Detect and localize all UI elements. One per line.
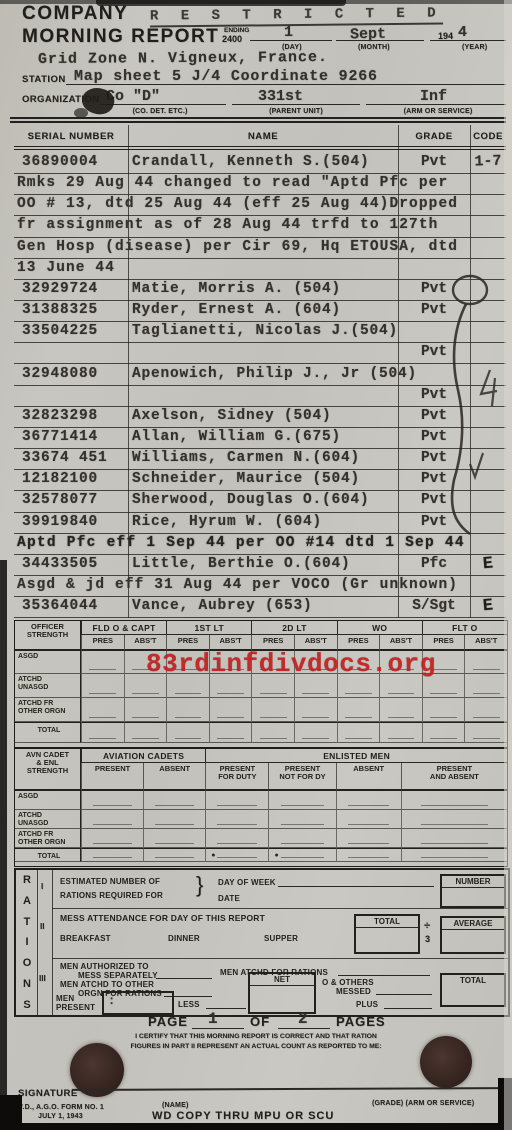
roster-serial: 32948080 xyxy=(22,366,98,382)
average-box-label: AVERAGE xyxy=(442,918,504,930)
rations-divider-1 xyxy=(37,870,38,1015)
roster-remark-text: fr assignment as of 28 Aug 44 trfd to 12… xyxy=(17,217,438,233)
men-present-line1: MEN xyxy=(56,994,74,1003)
rations-hrule-2 xyxy=(52,958,508,959)
men-atchd-for-rations-blank xyxy=(338,975,430,976)
roster-entry-row: 34433505Little, Berthie O.(604)PfcE xyxy=(14,554,506,576)
page-number-blank xyxy=(192,1028,244,1029)
strength-group-header: FLT O xyxy=(422,621,507,635)
roster-name: Williams, Carmen N.(604) xyxy=(132,450,360,466)
mess-separately-blank xyxy=(156,978,212,979)
handwritten-brace-annotation xyxy=(440,268,512,560)
roster-entry-row: 39919840Rice, Hyrum W. (604)Pvt xyxy=(14,512,506,534)
restricted-stamp: R E S T R I C T E D xyxy=(150,5,443,27)
form-title-line1: COMPANY xyxy=(22,3,128,25)
header-rule-1 xyxy=(10,117,506,119)
strength-cell xyxy=(401,829,507,848)
strength-sub-header: PRESENTAND ABSENT xyxy=(401,763,507,791)
strength-cell xyxy=(464,698,507,722)
total-rations-box-label: TOTAL xyxy=(442,975,504,986)
strength-sub-header: PRESENTNOT FOR DY xyxy=(268,763,335,791)
strength-cell xyxy=(205,829,268,848)
strength-cell xyxy=(379,722,422,743)
strength-group-header: FLD O & CAPT xyxy=(81,621,166,635)
strength-cell xyxy=(336,829,401,848)
roster-name: Little, Berthie O.(604) xyxy=(132,556,351,572)
avn-enlisted-strength-table: AVN CADET& ENLSTRENGTHAVIATION CADETSPRE… xyxy=(14,748,508,867)
roster-serial: 32578077 xyxy=(22,492,98,508)
roster-entry-row: 32948080Apenowich, Philip J., Jr (504) xyxy=(14,364,506,386)
location-line: Grid Zone N. Vigneux, France. xyxy=(38,49,328,68)
day-of-week-label: DAY OF WEEK xyxy=(218,878,276,887)
officer-strength-table: OFFICERSTRENGTHFLD O & CAPTPRESABS'T1ST … xyxy=(14,620,508,748)
strength-cell xyxy=(143,810,205,829)
strength-cell xyxy=(268,829,335,848)
number-box: NUMBER xyxy=(440,874,506,908)
rations-vertical-letter: T xyxy=(24,916,31,928)
strength-cell xyxy=(143,848,205,862)
roster-name: Schneider, Maurice (504) xyxy=(132,471,360,487)
roster-serial: 32929724 xyxy=(22,281,98,297)
roster-code: 1-7 xyxy=(470,152,507,170)
roster-name: Sherwood, Douglas O.(604) xyxy=(132,492,370,508)
men-authorized-line1: MEN AUTHORIZED TO xyxy=(60,962,149,971)
estimated-rations-line1: ESTIMATED NUMBER OF xyxy=(60,877,160,886)
roster-name: Rice, Hyrum W. (604) xyxy=(132,514,322,530)
roster-remark-row: OO # 13, dtd 25 Aug 44 (eff 25 Aug 44)Dr… xyxy=(14,194,506,216)
rations-vertical-letter: A xyxy=(23,895,31,907)
day-of-week-blank xyxy=(278,886,434,887)
strength-cell xyxy=(205,791,268,810)
roster-serial: 33674 451 xyxy=(22,450,108,466)
men-authorized-line2: MESS SEPARATELY xyxy=(78,971,158,980)
strength-cell xyxy=(143,829,205,848)
year-value: 4 xyxy=(458,24,467,41)
roster-serial: 39919840 xyxy=(22,514,98,530)
strength-cell xyxy=(205,848,268,862)
pages-label: PAGES xyxy=(336,1014,386,1029)
roster-remark-text: 13 June 44 xyxy=(17,260,115,276)
rations-vertical-label: RATIONS xyxy=(20,874,34,1011)
page-number: 1 xyxy=(208,1010,218,1028)
strength-row-label: ATCHD FROTHER ORGN xyxy=(15,698,81,722)
strength-sub-header: PRES xyxy=(81,635,124,651)
officer-table-corner-label: OFFICERSTRENGTH xyxy=(15,621,81,651)
rations-vertical-letter: N xyxy=(23,978,31,990)
strength-cell xyxy=(81,848,143,862)
strength-cell xyxy=(166,698,209,722)
strength-cell xyxy=(401,791,507,810)
roster-entry-row: Pvt xyxy=(14,342,506,364)
date-label: DATE xyxy=(218,894,240,903)
col-header-code: CODE xyxy=(470,131,506,142)
roster-entry-row: 36771414Allan, William G.(675)Pvt xyxy=(14,427,506,449)
strength-sub-header: PRESENTFOR DUTY xyxy=(205,763,268,791)
strength-cell xyxy=(81,810,143,829)
mess-attendance-label: MESS ATTENDANCE FOR DAY OF THIS REPORT xyxy=(60,913,265,923)
col-header-name: NAME xyxy=(128,131,398,142)
day-value: 1 xyxy=(284,24,293,41)
supper-label: SUPPER xyxy=(264,934,298,943)
brace-glyph: } xyxy=(196,872,203,898)
strength-cell xyxy=(294,698,337,722)
form-date: JULY 1, 1943 xyxy=(38,1113,83,1120)
handwritten-check-mark xyxy=(470,453,483,477)
strength-row-label: TOTAL xyxy=(15,722,81,743)
strength-cell xyxy=(464,722,507,743)
roster-serial: 34433505 xyxy=(22,556,98,572)
strength-sub-header: ABS'T xyxy=(464,635,507,651)
strength-cell xyxy=(251,698,294,722)
rations-section: RATIONS I II III ESTIMATED NUMBER OF RAT… xyxy=(14,868,510,1017)
strength-cell xyxy=(81,674,124,698)
strength-cell xyxy=(337,722,380,743)
total-rations-box: TOTAL xyxy=(440,973,506,1007)
strength-row-label: ATCHDUNASGD xyxy=(15,674,81,698)
strength-cell xyxy=(337,698,380,722)
strength-group-header: AVIATION CADETS xyxy=(81,749,205,763)
scan-edge-top-dark xyxy=(96,0,346,6)
roster-remark-row: Gen Hosp (disease) per Cir 69, Hq ETOUSA… xyxy=(14,237,506,259)
roster-remark-row: Rmks 29 Aug 44 changed to read "Aptd Pfc… xyxy=(14,173,506,195)
roster-entry-row: 12182100Schneider, Maurice (504)Pvt xyxy=(14,469,506,491)
roster-entry-row: 32823298Axelson, Sidney (504)Pvt xyxy=(14,406,506,428)
dinner-label: DINNER xyxy=(168,934,200,943)
strength-cell xyxy=(268,791,335,810)
certification-line1: I CERTIFY THAT THIS MORNING REPORT IS CO… xyxy=(56,1033,456,1040)
avn-table-corner-label: AVN CADET& ENLSTRENGTH xyxy=(15,749,81,791)
roster-entry-row: 35364044Vance, Aubrey (653)S/SgtE xyxy=(14,596,506,618)
strength-cell xyxy=(268,848,335,862)
strength-sub-header: ABSENT xyxy=(143,763,205,791)
strength-cell xyxy=(81,651,124,674)
section-numeral-1: I xyxy=(41,882,43,891)
strength-row-label: TOTAL xyxy=(15,848,81,862)
strength-row-label: ASGD xyxy=(15,791,81,810)
roster-serial: 36890004 xyxy=(22,154,98,170)
form-title-line2: MORNING REPORT xyxy=(22,26,219,48)
pages-total: 2 xyxy=(298,1010,308,1028)
strength-group-header: ENLISTED MEN xyxy=(205,749,507,763)
scan-edge-bottom xyxy=(0,1123,512,1130)
strength-cell xyxy=(379,698,422,722)
rations-vertical-letter: S xyxy=(23,999,30,1011)
roster-serial: 12182100 xyxy=(22,471,98,487)
punch-hole-right xyxy=(420,1036,472,1088)
roster-remark-text: Rmks 29 Aug 44 changed to read "Aptd Pfc… xyxy=(17,175,448,191)
roster-name: Allan, William G.(675) xyxy=(132,429,341,445)
messed-blank xyxy=(376,994,432,995)
rations-vertical-letter: I xyxy=(25,936,28,948)
roster-header-row: SERIAL NUMBER NAME GRADE CODE xyxy=(14,125,506,150)
strength-group-header: WO xyxy=(337,621,422,635)
strength-cell xyxy=(422,722,465,743)
roster-serial: 35364044 xyxy=(22,598,98,614)
roster-entry-row: 33674 451Williams, Carmen N.(604)Pvt xyxy=(14,448,506,470)
month-sublabel: (MONTH) xyxy=(358,44,390,51)
strength-sub-header: ABSENT xyxy=(336,763,401,791)
rations-divider-2 xyxy=(52,870,53,1015)
less-label: LESS xyxy=(178,1000,200,1009)
strength-cell xyxy=(336,848,401,862)
roster-entry-row: 32578077Sherwood, Douglas O.(604)Pvt xyxy=(14,490,506,512)
roster-remark-row: 13 June 44 xyxy=(14,258,506,280)
breakfast-label: BREAKFAST xyxy=(60,934,111,943)
roster-entry-row: 31388325Ryder, Ernest A. (604)Pvt xyxy=(14,300,506,322)
roster-grade: S/Sgt xyxy=(398,598,470,614)
month-value: Sept xyxy=(350,26,386,44)
certification-line2: FIGURES IN PART II REPRESENT AN ACTUAL C… xyxy=(56,1043,456,1050)
year-prefix: 194 xyxy=(438,31,453,41)
strength-row-label: ATCHD FROTHER ORGN xyxy=(15,829,81,848)
roster-serial: 31388325 xyxy=(22,302,98,318)
roster-entry-row: 32929724Matie, Morris A. (504)Pvt xyxy=(14,279,506,301)
rations-hrule-1 xyxy=(52,908,508,909)
strength-cell xyxy=(336,810,401,829)
org-arm-sublabel: (ARM OR SERVICE) xyxy=(386,108,490,115)
roster-entry-row: Pvt xyxy=(14,385,506,407)
col-header-grade: GRADE xyxy=(398,131,470,142)
strength-cell xyxy=(81,829,143,848)
plus-blank xyxy=(384,1008,432,1009)
copy-route-line: WD COPY THRU MPU OR SCU xyxy=(152,1110,334,1122)
handwritten-mark-4 xyxy=(481,370,497,406)
strength-cell xyxy=(268,810,335,829)
average-box: AVERAGE xyxy=(440,916,506,954)
o-and-others-line1: O & OTHERS xyxy=(322,978,374,987)
org-arm-value: Inf xyxy=(420,88,447,105)
divide-by-three: 3 xyxy=(425,934,430,944)
roster-table: SERIAL NUMBER NAME GRADE CODE 36890004Cr… xyxy=(14,125,506,618)
strength-cell xyxy=(294,722,337,743)
strength-cell xyxy=(336,791,401,810)
roster-name: Matie, Morris A. (504) xyxy=(132,281,341,297)
roster-grade: Pvt xyxy=(398,154,470,170)
signature-label: SIGNATURE xyxy=(18,1088,78,1099)
roster-code: E xyxy=(469,596,507,618)
strength-cell xyxy=(81,791,143,810)
roster-remark-row: Aptd Pfc eff 1 Sep 44 per OO #14 dtd 1 S… xyxy=(14,533,506,555)
roster-remark-text: Aptd Pfc eff 1 Sep 44 per OO #14 dtd 1 S… xyxy=(17,535,465,551)
roster-remark-row: Asgd & jd eff 31 Aug 44 per VOCO (Gr unk… xyxy=(14,575,506,597)
total-box-label: TOTAL xyxy=(356,916,418,928)
strength-group-header: 2D LT xyxy=(251,621,336,635)
men-present-box: : xyxy=(102,991,174,1015)
strength-cell xyxy=(166,722,209,743)
divide-sign: ÷ xyxy=(424,920,430,932)
men-atchd-other-line1: MEN ATCHD TO OTHER xyxy=(60,980,154,989)
roster-remark-text: OO # 13, dtd 25 Aug 44 (eff 25 Aug 44)Dr… xyxy=(17,196,458,212)
year-sublabel: (YEAR) xyxy=(462,44,487,51)
scan-edge-left xyxy=(0,560,7,1130)
strength-cell xyxy=(81,722,124,743)
total-box: TOTAL xyxy=(354,914,420,954)
strength-cell xyxy=(143,791,205,810)
name-sublabel: (NAME) xyxy=(162,1102,188,1109)
strength-cell xyxy=(464,651,507,674)
roster-remark-text: Asgd & jd eff 31 Aug 44 per VOCO (Gr unk… xyxy=(17,577,458,593)
strength-cell xyxy=(209,698,252,722)
men-present-colon-mark: : xyxy=(108,994,115,1008)
roster-entry-row: 36890004Crandall, Kenneth S.(504)Pvt1-7 xyxy=(14,152,506,174)
roster-name: Ryder, Ernest A. (604) xyxy=(132,302,341,318)
form-number: W.D., A.G.O. FORM NO. 1 xyxy=(16,1104,104,1111)
of-label: OF xyxy=(250,1014,270,1029)
strength-cell xyxy=(124,722,167,743)
strength-cell xyxy=(209,722,252,743)
net-box: NET xyxy=(248,972,316,1014)
roster-remark-text: Gen Hosp (disease) per Cir 69, Hq ETOUSA… xyxy=(17,239,458,255)
roster-name: Taglianetti, Nicolas J.(504) xyxy=(132,323,398,339)
strength-cell xyxy=(81,698,124,722)
col-header-serial: SERIAL NUMBER xyxy=(14,131,128,142)
net-box-label: NET xyxy=(250,974,314,986)
roster-rows: 36890004Crandall, Kenneth S.(504)Pvt1-7R… xyxy=(14,152,506,618)
section-numeral-2: II xyxy=(40,922,44,931)
roster-name: Vance, Aubrey (653) xyxy=(132,598,313,614)
roster-remark-row: fr assignment as of 28 Aug 44 trfd to 12… xyxy=(14,215,506,237)
org-parent-value: 331st xyxy=(258,88,303,105)
header-rule-2 xyxy=(10,121,506,123)
page-label: PAGE xyxy=(148,1014,188,1029)
strength-cell xyxy=(251,722,294,743)
ending-time: 2400 xyxy=(222,34,242,44)
strength-cell xyxy=(464,674,507,698)
roster-name: Apenowich, Philip J., Jr (504) xyxy=(132,366,417,382)
strength-row-label: ASGD xyxy=(15,651,81,674)
org-company-sublabel: (CO. DET. ETC.) xyxy=(110,108,210,115)
ending-label: ENDING xyxy=(224,27,249,34)
morning-report-scan: COMPANY R E S T R I C T E D MORNING REPO… xyxy=(0,0,512,1130)
scan-edge-bottom-right xyxy=(498,1078,512,1130)
o-and-others-line2: MESSED xyxy=(336,987,371,996)
grade-service-sublabel: (GRADE) (ARM OR SERVICE) xyxy=(372,1100,474,1107)
roster-entry-row: 33504225Taglianetti, Nicolas J.(504) xyxy=(14,321,506,343)
rations-vertical-letter: R xyxy=(23,874,31,886)
roster-name: Crandall, Kenneth S.(504) xyxy=(132,154,370,170)
station-value: Map sheet 5 J/4 Coordinate 9266 xyxy=(74,68,378,85)
pages-total-blank xyxy=(278,1028,330,1029)
strength-cell xyxy=(401,848,507,862)
website-watermark: 83rdinfdivdocs.org xyxy=(146,649,436,679)
estimated-rations-line2: RATIONS REQUIRED FOR xyxy=(60,891,163,900)
strength-cell xyxy=(422,698,465,722)
strength-cell xyxy=(401,810,507,829)
strength-cell xyxy=(124,698,167,722)
section-numeral-3: III xyxy=(39,974,46,983)
less-blank xyxy=(206,1008,246,1009)
station-label: STATION xyxy=(22,74,66,85)
strength-sub-header: PRESENT xyxy=(81,763,143,791)
number-box-label: NUMBER xyxy=(442,876,504,888)
men-present-line2: PRESENT xyxy=(56,1003,95,1012)
strength-group-header: 1ST LT xyxy=(166,621,251,635)
roster-serial: 32823298 xyxy=(22,408,98,424)
strength-row-label: ATCHDUNASGD xyxy=(15,810,81,829)
org-parent-sublabel: (PARENT UNIT) xyxy=(246,108,346,115)
roster-name: Axelson, Sidney (504) xyxy=(132,408,332,424)
rations-vertical-letter: O xyxy=(23,957,32,969)
strength-cell xyxy=(205,810,268,829)
plus-label: PLUS xyxy=(356,1000,378,1009)
roster-serial: 33504225 xyxy=(22,323,98,339)
roster-serial: 36771414 xyxy=(22,429,98,445)
